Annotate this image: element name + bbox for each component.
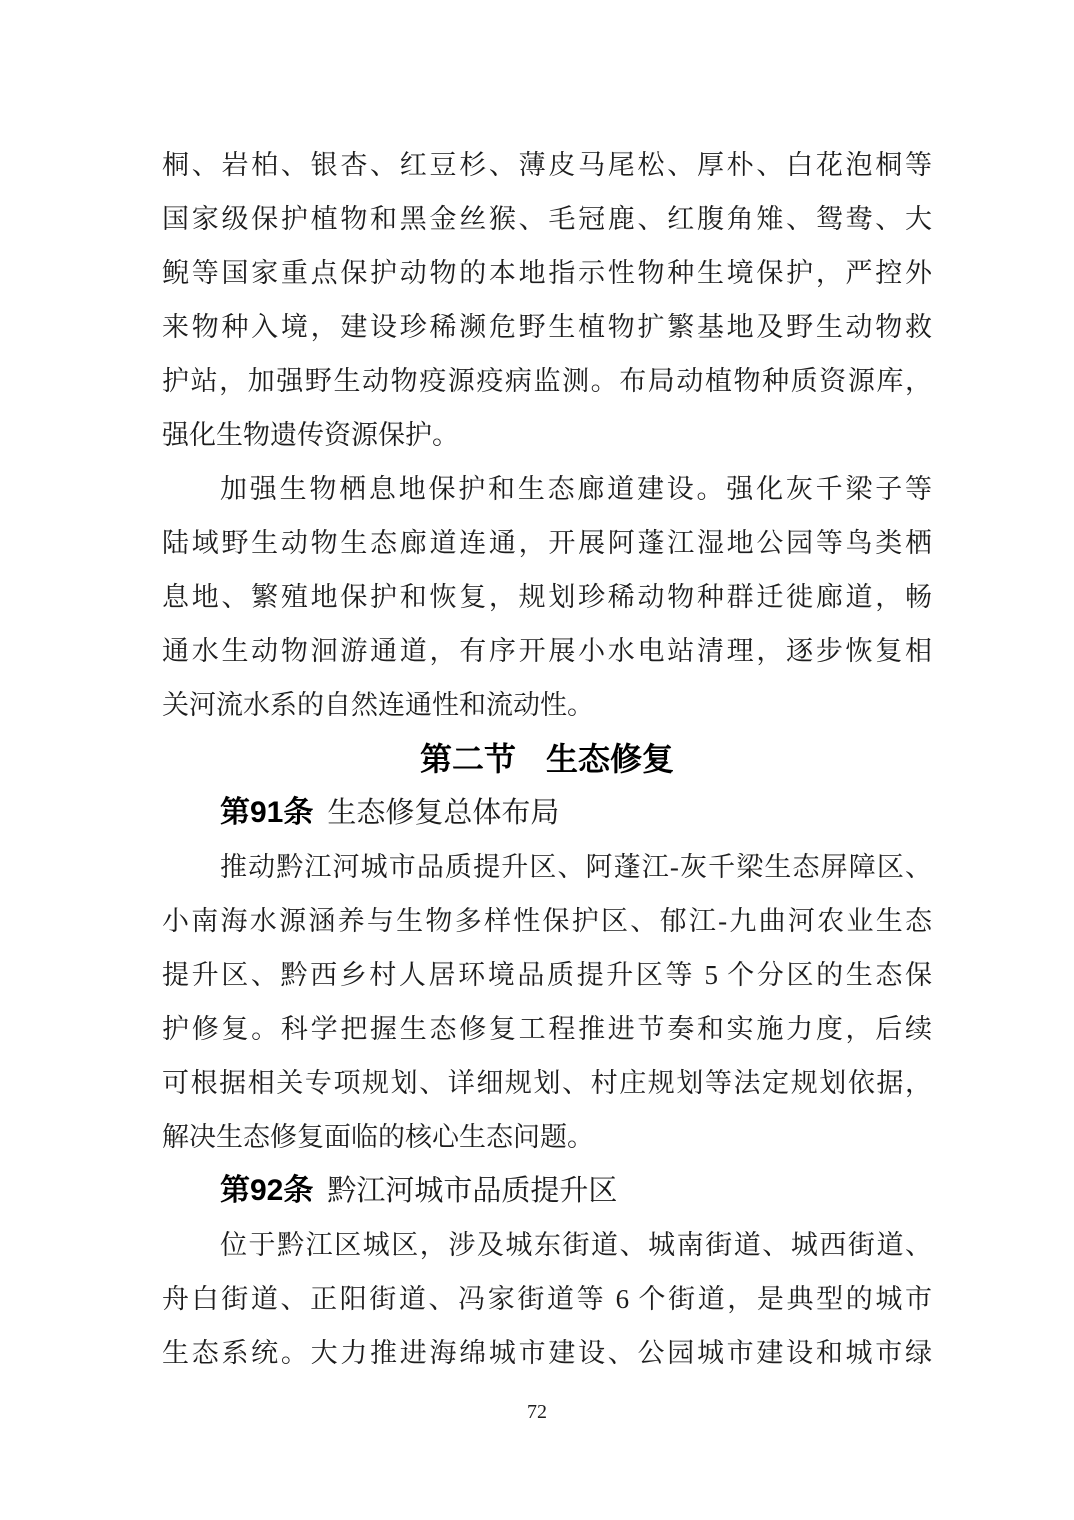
body-text-line: 国家级保护植物和黑金丝猴、毛冠鹿、红腹角雉、鸳鸯、大 xyxy=(162,192,932,246)
body-text-line: 来物种入境，建设珍稀濒危野生植物扩繁基地及野生动物救 xyxy=(162,300,932,354)
page-number: 72 xyxy=(0,1398,1074,1426)
article-91-label: 第91条 xyxy=(220,796,313,829)
body-text-line: 推动黔江河城市品质提升区、阿蓬江-灰千梁生态屏障区、 xyxy=(162,840,932,894)
body-text-line: 护修复。科学把握生态修复工程推进节奏和实施力度，后续 xyxy=(162,1002,932,1056)
body-text-line: 通水生动物洄游通道，有序开展小水电站清理，逐步恢复相 xyxy=(162,624,932,678)
body-text-line: 护站，加强野生动物疫源疫病监测。布局动植物种质资源库， xyxy=(162,354,932,408)
body-text-line: 舟白街道、正阳街道、冯家街道等 6 个街道，是典型的城市 xyxy=(162,1272,932,1326)
body-text-line: 陆域野生动物生态廊道连通，开展阿蓬江湿地公园等鸟类栖 xyxy=(162,516,932,570)
section-heading-title: 生态修复 xyxy=(546,741,674,777)
body-text-line: 解决生态修复面临的核心生态问题。 xyxy=(162,1110,932,1164)
article-92-heading: 第92条黔江河城市品质提升区 xyxy=(162,1164,932,1218)
body-text-line: 生态系统。大力推进海绵城市建设、公园城市建设和城市绿 xyxy=(162,1326,932,1380)
article-91-heading: 第91条生态修复总体布局 xyxy=(162,786,932,840)
section-heading: 第二节生态修复 xyxy=(162,732,932,786)
body-text-line: 鲵等国家重点保护动物的本地指示性物种生境保护，严控外 xyxy=(162,246,932,300)
article-92-label: 第92条 xyxy=(220,1174,313,1207)
section-heading-label: 第二节 xyxy=(420,741,516,777)
body-text-line: 可根据相关专项规划、详细规划、村庄规划等法定规划依据， xyxy=(162,1056,932,1110)
article-92-title: 黔江河城市品质提升区 xyxy=(327,1175,617,1207)
body-text-line: 小南海水源涵养与生物多样性保护区、郁江-九曲河农业生态 xyxy=(162,894,932,948)
body-text-line: 提升区、黔西乡村人居环境品质提升区等 5 个分区的生态保 xyxy=(162,948,932,1002)
text-block: 桐、岩柏、银杏、红豆杉、薄皮马尾松、厚朴、白花泡桐等 国家级保护植物和黑金丝猴、… xyxy=(162,138,932,1380)
body-text-line: 息地、繁殖地保护和恢复，规划珍稀动物种群迁徙廊道，畅 xyxy=(162,570,932,624)
body-text-line: 强化生物遗传资源保护。 xyxy=(162,408,932,462)
body-text-line: 位于黔江区城区，涉及城东街道、城南街道、城西街道、 xyxy=(162,1218,932,1272)
body-text-line: 加强生物栖息地保护和生态廊道建设。强化灰千梁子等 xyxy=(162,462,932,516)
body-text-line: 桐、岩柏、银杏、红豆杉、薄皮马尾松、厚朴、白花泡桐等 xyxy=(162,138,932,192)
body-text-line: 关河流水系的自然连通性和流动性。 xyxy=(162,678,932,732)
article-91-title: 生态修复总体布局 xyxy=(327,797,559,829)
